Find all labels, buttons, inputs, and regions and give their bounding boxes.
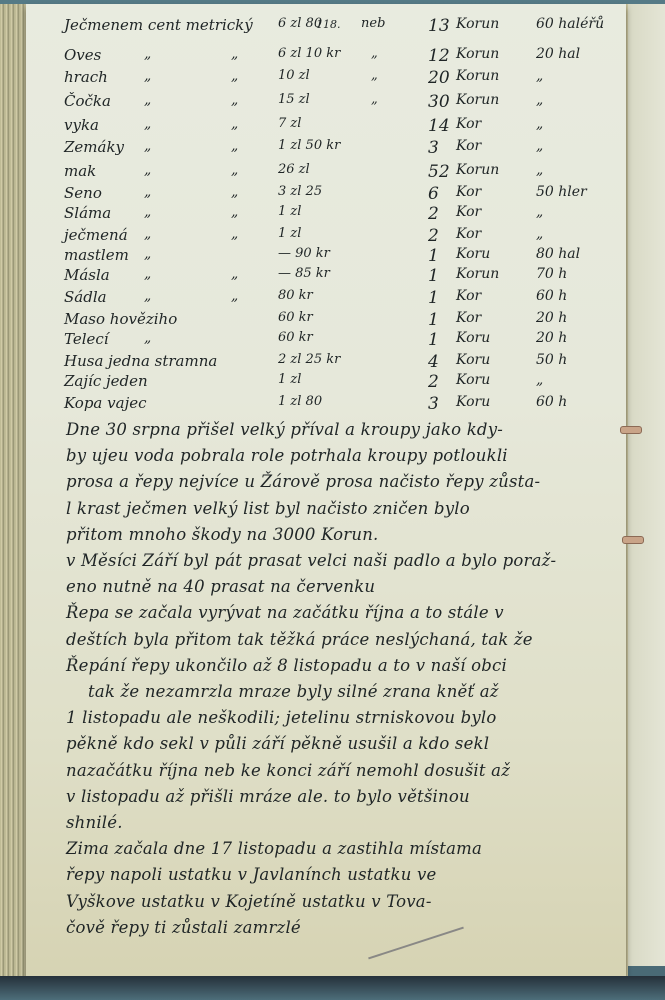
item-name: Sádla [64, 288, 107, 306]
narrative-line: shnilé. [66, 813, 123, 832]
price-koruna-amount: 1 [428, 330, 439, 350]
price-gulden: 1 zl [278, 372, 301, 387]
table-row: Másla„„— 85 kr1Korun70 h [26, 266, 626, 288]
currency-unit: Korun [456, 46, 499, 62]
price-koruna-amount: 12 [428, 46, 450, 66]
narrative-line: Dne 30 srpna přišel velký příval a kroup… [66, 420, 503, 439]
price-gulden: 10 zl [278, 68, 310, 83]
price-gulden: 60 kr [278, 330, 313, 345]
ditto-mark: „ [231, 162, 238, 178]
ditto-mark: „ [231, 68, 238, 84]
price-koruna-amount: 52 [428, 162, 450, 182]
price-haler: „ [536, 226, 543, 242]
currency-unit: Koru [456, 330, 490, 346]
currency-unit: Kor [456, 310, 481, 326]
price-gulden: 3 zl 25 [278, 184, 322, 199]
price-gulden: 1 zl [278, 204, 301, 219]
ditto-mark: „ [144, 46, 151, 62]
price-haler: 20 h [536, 310, 567, 326]
ditto-mark: „ [144, 68, 151, 84]
price-haler: 50 h [536, 352, 567, 368]
ditto-mark: „ [144, 246, 151, 262]
price-koruna-amount: 1 [428, 266, 439, 286]
narrative-line: l krast ječmen velký list byl načisto zn… [66, 499, 470, 518]
price-koruna-amount: 1 [428, 310, 439, 330]
item-name: Kopa vajec [64, 394, 147, 412]
price-gulden: — 90 kr [278, 246, 330, 261]
narrative-line: Vyškove ustatku v Kojetíně ustatku v Tov… [66, 892, 432, 911]
price-koruna-amount: 2 [428, 226, 439, 246]
table-row: Zemáky„„1 zl 50 kr3Kor„ [26, 138, 626, 160]
currency-unit: Kor [456, 288, 481, 304]
ditto-mark: „ [144, 266, 151, 282]
price-koruna-amount: 3 [428, 394, 439, 414]
narrative-line: tak že nezamrzla mraze byly silné zrana … [88, 682, 499, 701]
ditto-mark: „ [144, 204, 151, 220]
ditto-mark: „ [231, 288, 238, 304]
item-name: Telecí [64, 330, 109, 348]
ditto-mark: „ [144, 330, 151, 346]
currency-unit: Korun [456, 266, 499, 282]
price-koruna-amount: 14 [428, 116, 450, 136]
item-name: Másla [64, 266, 110, 284]
item-name: Zemáky [64, 138, 124, 156]
table-row: mastlem„— 90 kr1Koru80 hal [26, 246, 626, 268]
ditto-mark: „ [144, 92, 151, 108]
item-name: Seno [64, 184, 102, 202]
item-name: mak [64, 162, 96, 180]
price-koruna-amount: 1 [428, 246, 439, 266]
currency-unit: Kor [456, 226, 481, 242]
price-haler: 60 h [536, 288, 567, 304]
item-name: Maso hověziho [64, 310, 177, 328]
item-name: Sláma [64, 204, 111, 222]
ditto-mark: „ [231, 92, 238, 108]
currency-unit: Korun [456, 16, 499, 32]
price-koruna-amount: 4 [428, 352, 439, 372]
item-name: hrach [64, 68, 108, 86]
narrative-line: 1 listopadu ale neškodili; jetelinu strn… [66, 708, 497, 727]
price-haler: „ [536, 138, 543, 154]
price-koruna-amount: 13 [428, 16, 450, 36]
item-name: Husa jedna stramna [64, 352, 217, 370]
facing-page-edge [628, 4, 665, 966]
narrative-line: Zima začala dne 17 listopadu a zastihla … [66, 839, 482, 858]
narrative-line: nazačátku října neb ke konci září nemohl… [66, 761, 510, 780]
item-name: vyka [64, 116, 99, 134]
table-row: vyka„„7 zl14Kor„ [26, 116, 626, 138]
currency-unit: Kor [456, 116, 481, 132]
connector-word: „ [371, 46, 378, 61]
narrative-line: eno nutně na 40 prasat na červenku [66, 577, 375, 596]
price-haler: „ [536, 204, 543, 220]
table-row: Telecí„60 kr1Koru20 h [26, 330, 626, 352]
narrative-line: čově řepy ti zůstali zamrzlé [66, 918, 301, 937]
ditto-mark: „ [144, 184, 151, 200]
narrative-line: deštích byla přitom tak těžká práce nesl… [66, 630, 533, 649]
item-name: Zajíc jeden [64, 372, 148, 390]
price-koruna-amount: 2 [428, 204, 439, 224]
connector-word: neb [361, 16, 385, 31]
price-haler: 60 haléřů [536, 16, 604, 32]
item-name: Čočka [64, 92, 111, 110]
price-haler: 20 h [536, 330, 567, 346]
item-name: Ječmenem cent metrický [64, 16, 253, 34]
price-gulden: 6 zl 10 kr [278, 46, 340, 61]
price-koruna-amount: 3 [428, 138, 439, 158]
table-row: Ječmenem cent metrický6 zl 8013Korun60 h… [26, 16, 626, 38]
pencil-mark [368, 927, 464, 960]
narrative-line: v listopadu až přišli mráze ale. to bylo… [66, 787, 470, 806]
ditto-mark: „ [231, 116, 238, 132]
ditto-mark: „ [231, 46, 238, 62]
currency-unit: Koru [456, 246, 490, 262]
currency-unit: Korun [456, 68, 499, 84]
connector-word: „ [371, 68, 378, 83]
price-gulden: 1 zl 50 kr [278, 138, 340, 153]
price-gulden: 26 zl [278, 162, 310, 177]
currency-unit: Kor [456, 138, 481, 154]
ditto-mark: „ [144, 162, 151, 178]
currency-unit: Kor [456, 204, 481, 220]
price-haler: „ [536, 92, 543, 108]
price-gulden: 60 kr [278, 310, 313, 325]
table-surface [0, 976, 665, 1000]
currency-unit: Koru [456, 352, 490, 368]
narrative-line: pěkně kdo sekl v půli září pěkně usušil … [66, 734, 489, 753]
price-gulden: 80 kr [278, 288, 313, 303]
item-name: ječmená [64, 226, 128, 244]
price-gulden: — 85 kr [278, 266, 330, 281]
currency-unit: Koru [456, 394, 490, 410]
price-haler: 60 h [536, 394, 567, 410]
ditto-mark: „ [144, 138, 151, 154]
narrative-line: přitom mnoho škody na 3000 Korun. [66, 525, 378, 544]
ditto-mark: „ [231, 184, 238, 200]
price-haler: „ [536, 116, 543, 132]
narrative-line: prosa a řepy nejvíce u Žárově prosa nači… [66, 472, 540, 491]
price-haler: 50 hler [536, 184, 587, 200]
currency-unit: Korun [456, 162, 499, 178]
price-gulden: 1 zl [278, 226, 301, 241]
price-haler: 20 hal [536, 46, 580, 62]
price-koruna-amount: 1 [428, 288, 439, 308]
table-row: Zajíc jeden1 zl2Koru„ [26, 372, 626, 394]
table-row: Maso hověziho60 kr1Kor20 h [26, 310, 626, 332]
binding-thread-1 [620, 426, 642, 434]
chronicle-page: 118. Ječmenem cent metrický6 zl 8013Koru… [26, 4, 626, 976]
table-row: Čočka„„15 zl30Korun„„ [26, 92, 626, 114]
price-koruna-amount: 6 [428, 184, 439, 204]
price-haler: 80 hal [536, 246, 580, 262]
table-row: Husa jedna stramna2 zl 25 kr4Koru50 h [26, 352, 626, 374]
price-haler: „ [536, 68, 543, 84]
connector-word: „ [371, 92, 378, 107]
currency-unit: Kor [456, 184, 481, 200]
table-row: hrach„„10 zl20Korun„„ [26, 68, 626, 90]
price-haler: 70 h [536, 266, 567, 282]
ditto-mark: „ [231, 266, 238, 282]
ditto-mark: „ [144, 226, 151, 242]
narrative-line: by ujeu voda pobrala role potrhala kroup… [66, 446, 508, 465]
table-row: ječmená„„1 zl2Kor„ [26, 226, 626, 248]
table-row: Oves„„6 zl 10 kr12Korun20 hal„ [26, 46, 626, 68]
table-row: Kopa vajec1 zl 803Koru60 h [26, 394, 626, 416]
item-name: mastlem [64, 246, 129, 264]
table-row: mak„„26 zl52Korun„ [26, 162, 626, 184]
narrative-line: v Měsíci Září byl pát prasat velci naši … [66, 551, 556, 570]
price-koruna-amount: 20 [428, 68, 450, 88]
item-name: Oves [64, 46, 101, 64]
ditto-mark: „ [231, 138, 238, 154]
price-gulden: 6 zl 80 [278, 16, 322, 31]
currency-unit: Koru [456, 372, 490, 388]
currency-unit: Korun [456, 92, 499, 108]
ditto-mark: „ [144, 116, 151, 132]
ditto-mark: „ [231, 204, 238, 220]
price-gulden: 7 zl [278, 116, 301, 131]
table-row: Seno„„3 zl 256Kor50 hler [26, 184, 626, 206]
ditto-mark: „ [231, 226, 238, 242]
table-row: Sádla„„80 kr1Kor60 h [26, 288, 626, 310]
price-haler: „ [536, 162, 543, 178]
price-koruna-amount: 30 [428, 92, 450, 112]
price-koruna-amount: 2 [428, 372, 439, 392]
price-haler: „ [536, 372, 543, 388]
ditto-mark: „ [144, 288, 151, 304]
price-gulden: 1 zl 80 [278, 394, 322, 409]
price-gulden: 2 zl 25 kr [278, 352, 340, 367]
narrative-line: Řepa se začala vyrývat na začátku října … [66, 603, 504, 622]
table-row: Sláma„„1 zl2Kor„ [26, 204, 626, 226]
binding-thread-2 [622, 536, 644, 544]
narrative-line: Řepání řepy ukončilo až 8 listopadu a to… [66, 656, 507, 675]
price-gulden: 15 zl [278, 92, 310, 107]
narrative-line: řepy napoli ustatku v Javlanínch ustatku… [66, 865, 436, 884]
